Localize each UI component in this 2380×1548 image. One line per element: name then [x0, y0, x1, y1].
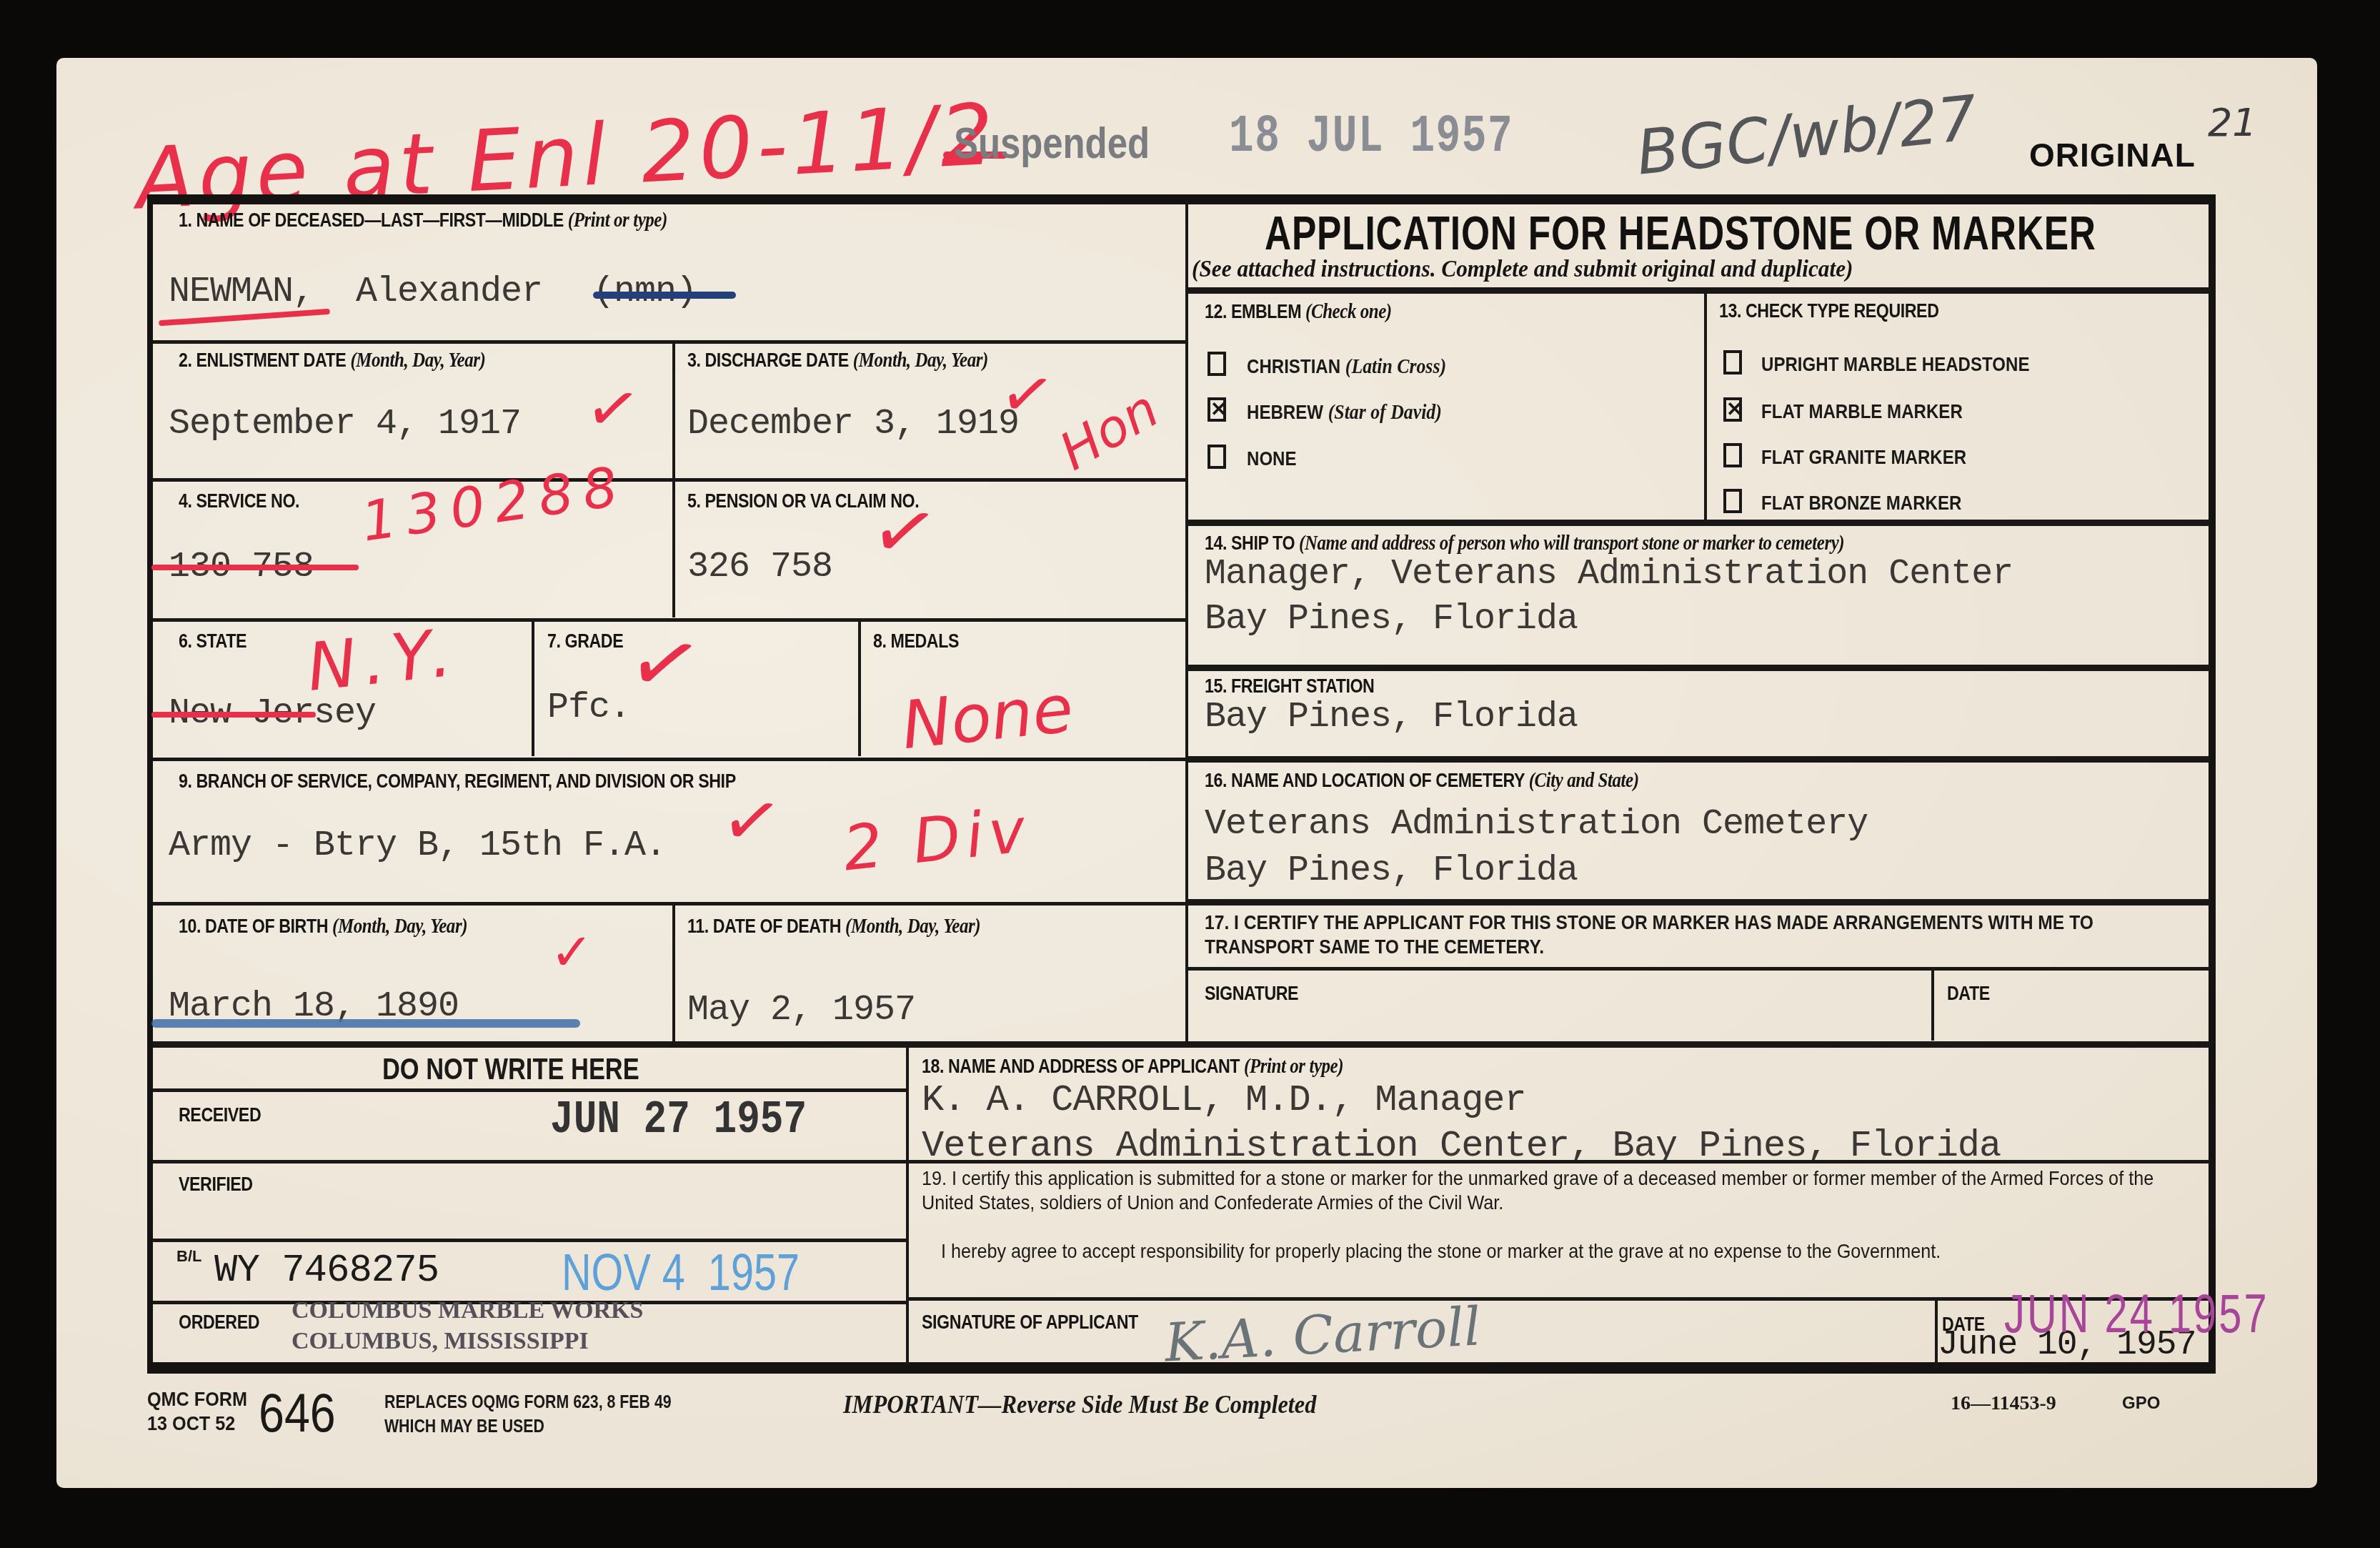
suspended-stamp: Suspended [954, 118, 1150, 169]
field-4-label: 4. SERVICE NO. [179, 490, 299, 512]
office-use-heading: DO NOT WRITE HERE [382, 1052, 639, 1086]
printer-code: GPO [2122, 1394, 2160, 1414]
field-14-label: 14. SHIP TO (Name and address of person … [1205, 532, 1844, 555]
cell-divider [1704, 293, 1707, 522]
deceased-first-name: Alexander [356, 272, 542, 312]
field-3-label: 3. DISCHARGE DATE (Month, Day, Year) [687, 349, 988, 372]
field-17-certification: 17. I CERTIFY THE APPLICANT FOR THIS STO… [1205, 911, 2186, 959]
section-divider [153, 1041, 2210, 1048]
field-1-label: 1. NAME OF DECEASED—LAST—FIRST—MIDDLE (P… [179, 209, 667, 232]
suspended-date-stamp: 18 JUL 1957 [1229, 107, 1513, 167]
field-15-label: 15. FREIGHT STATION [1205, 675, 1374, 698]
field-19-certification: 19. I certify this application is submit… [922, 1166, 2182, 1215]
ship-to-line2: Bay Pines, Florida [1205, 599, 1578, 640]
cemetery-line1: Veterans Administration Cemetery [1205, 804, 1868, 845]
type-flat-granite-option[interactable]: FLAT GRANITE MARKER [1761, 446, 1966, 469]
transport-date-field[interactable] [1936, 972, 2208, 1038]
ordered-stamp-line1: COLUMBUS MARBLE WORKS [292, 1297, 643, 1324]
red-strikeout [151, 565, 359, 570]
row-line [1187, 665, 2210, 671]
form-number: 646 [259, 1382, 336, 1444]
ship-to-line1: Manager, Veterans Administration Center [1205, 554, 2013, 595]
important-notice: IMPORTANT—Reverse Side Must Be Completed [843, 1389, 1316, 1419]
type-upright-marble-option[interactable]: UPRIGHT MARBLE HEADSTONE [1761, 353, 2029, 376]
field-16-label: 16. NAME AND LOCATION OF CEMETERY (City … [1205, 769, 1639, 793]
field-6-label: 6. STATE [179, 630, 247, 653]
pension-number-value: 326 758 [687, 547, 832, 587]
cell-divider [672, 904, 675, 1046]
cell-divider [672, 343, 675, 479]
applicant-signature-label: SIGNATURE OF APPLICANT [922, 1311, 1138, 1334]
grade-value: Pfc. [547, 688, 630, 728]
row-line [153, 1088, 906, 1092]
state-correction: N.Y. [304, 614, 462, 706]
enlistment-date-value: September 4, 1917 [169, 404, 521, 445]
type-flat-marble-checkbox[interactable]: ✕ [1723, 397, 1742, 422]
column-divider [1185, 200, 1188, 1043]
form-id-line2: 13 OCT 52 [147, 1412, 235, 1435]
received-date-stamp: JUN 27 1957 [550, 1095, 807, 1146]
cell-divider [858, 620, 861, 756]
freight-station-value: Bay Pines, Florida [1205, 697, 1578, 738]
form-subtitle: (See attached instructions. Complete and… [1192, 256, 1853, 283]
row-line [153, 1160, 906, 1164]
field-19-agreement: I hereby agree to accept responsibility … [922, 1239, 2182, 1264]
form-id-line1: QMC FORM [147, 1388, 247, 1411]
cell-divider [1931, 969, 1934, 1041]
bill-of-lading-prefix: B/L [176, 1247, 201, 1266]
row-line [1187, 520, 2210, 526]
emblem-hebrew-option[interactable]: HEBREW (Star of David) [1247, 400, 1442, 425]
office-use-divider [906, 1048, 909, 1366]
applicant-line1: K. A. CARROLL, M.D., Manager [922, 1079, 1526, 1121]
emblem-hebrew-checkbox[interactable]: ✕ [1208, 397, 1226, 422]
death-date-value: May 2, 1957 [687, 990, 915, 1031]
red-check-mark: ✓ [550, 922, 593, 982]
cell-divider [672, 480, 675, 617]
discharge-date-value: December 3, 1919 [687, 404, 1019, 445]
row-line [1187, 756, 2210, 763]
type-flat-granite-checkbox[interactable] [1723, 443, 1742, 467]
blue-strikeout [593, 292, 736, 299]
cemetery-line2: Bay Pines, Florida [1205, 850, 1578, 891]
form-title: APPLICATION FOR HEADSTONE OR MARKER [1265, 206, 2096, 260]
emblem-christian-option[interactable]: CHRISTIAN (Latin Cross) [1247, 354, 1446, 379]
row-line [153, 340, 1187, 344]
row-line [1187, 899, 2210, 906]
field-13-label: 13. CHECK TYPE REQUIRED [1719, 300, 1939, 322]
branch-value: Army - Btry B, 15th F.A. [169, 825, 666, 866]
transport-signature-field[interactable] [1190, 972, 1926, 1038]
replaces-line2: WHICH MAY BE USED [384, 1415, 544, 1437]
field-2-label: 2. ENLISTMENT DATE (Month, Day, Year) [179, 349, 485, 372]
bill-of-lading-date-stamp: NOV 4 1957 [562, 1244, 800, 1302]
row-line [153, 902, 1187, 906]
row-line [153, 758, 1187, 761]
original-copy-label: ORIGINAL [2029, 136, 2196, 174]
row-line [1187, 967, 2210, 971]
type-upright-marble-checkbox[interactable] [1723, 350, 1742, 374]
row-line [153, 1239, 906, 1242]
emblem-none-checkbox[interactable] [1208, 445, 1226, 469]
row-line [153, 478, 1187, 482]
blue-underline [151, 1019, 580, 1028]
type-flat-marble-option[interactable]: FLAT MARBLE MARKER [1761, 400, 1963, 423]
page-number-annotation: 21 [2208, 100, 2257, 145]
row-line [909, 1160, 2210, 1164]
ordered-label: ORDERED [179, 1311, 259, 1334]
type-flat-bronze-option[interactable]: FLAT BRONZE MARKER [1761, 492, 1961, 515]
field-7-label: 7. GRADE [547, 630, 623, 653]
applicant-date-stamp: JUN 24 1957 [2004, 1283, 2269, 1345]
cell-divider [532, 620, 534, 756]
field-9-label: 9. BRANCH OF SERVICE, COMPANY, REGIMENT,… [179, 770, 736, 793]
field-12-label: 12. EMBLEM (Check one) [1205, 300, 1392, 324]
field-18-label: 18. NAME AND ADDRESS OF APPLICANT (Print… [922, 1055, 1343, 1078]
emblem-none-option[interactable]: NONE [1247, 447, 1297, 470]
field-11-label: 11. DATE OF DEATH (Month, Day, Year) [687, 915, 980, 938]
replaces-line1: REPLACES OQMG FORM 623, 8 FEB 49 [384, 1391, 672, 1413]
received-label: RECEIVED [179, 1104, 261, 1126]
bill-of-lading-number: WY 7468275 [214, 1249, 439, 1293]
verified-label: VERIFIED [179, 1174, 253, 1196]
type-flat-bronze-checkbox[interactable] [1723, 489, 1742, 513]
print-code: 16—11453-9 [1951, 1392, 2056, 1415]
field-8-label: 8. MEDALS [873, 630, 959, 653]
emblem-christian-checkbox[interactable] [1208, 352, 1226, 376]
deceased-last-name: NEWMAN, [169, 272, 314, 312]
ordered-stamp-line2: COLUMBUS, MISSISSIPPI [292, 1328, 589, 1355]
header-divider [1187, 287, 2210, 294]
red-strikeout [151, 712, 316, 718]
field-10-label: 10. DATE OF BIRTH (Month, Day, Year) [179, 915, 467, 938]
